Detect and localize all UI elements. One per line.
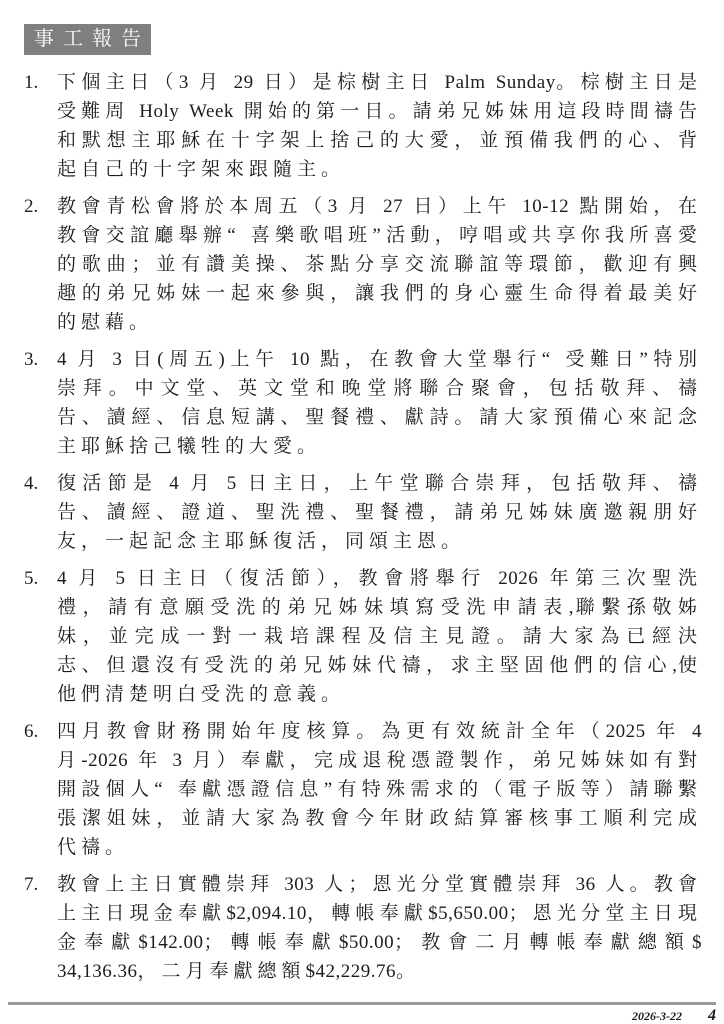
item-text: 教會上主日實體崇拜 303 人；恩光分堂實體崇拜 36 人。教會上主日現金奉獻$… — [57, 870, 702, 986]
item-text: 復活節是 4 月 5 日主日，上午堂聯合崇拜，包括敬拜、禱告、讀經、證道、聖洗禮… — [57, 469, 702, 556]
item-number: 6. — [24, 717, 57, 862]
item-number: 5. — [24, 564, 57, 709]
page-number: 4 — [708, 1007, 716, 1024]
item-text: 教會青松會將於本周五（3 月 27 日）上午 10-12 點開始，在教會交誼廳舉… — [57, 192, 702, 337]
item-number: 3. — [24, 345, 57, 461]
item-text: 下個主日（3 月 29 日）是棕樹主日 Palm Sunday。棕樹主日是受難周… — [57, 68, 702, 184]
bulletin-page: 事工報告 1. 下個主日（3 月 29 日）是棕樹主日 Palm Sunday。… — [0, 0, 724, 1024]
report-item: 7. 教會上主日實體崇拜 303 人；恩光分堂實體崇拜 36 人。教會上主日現金… — [24, 870, 702, 986]
item-number: 7. — [24, 870, 57, 986]
report-item: 3. 4 月 3 日(周五)上午 10 點，在教會大堂舉行“ 受難日”特別崇拜。… — [24, 345, 702, 461]
footer-date: 2026-3-22 — [632, 1009, 682, 1024]
report-item: 5. 4 月 5 日主日（復活節），教會將舉行 2026 年第三次聖洗禮，請有意… — [24, 564, 702, 709]
footer-divider — [8, 1002, 716, 1005]
item-number: 1. — [24, 68, 57, 184]
item-text: 4 月 5 日主日（復活節），教會將舉行 2026 年第三次聖洗禮，請有意願受洗… — [57, 564, 702, 709]
report-item: 2. 教會青松會將於本周五（3 月 27 日）上午 10-12 點開始，在教會交… — [24, 192, 702, 337]
report-item: 4. 復活節是 4 月 5 日主日，上午堂聯合崇拜，包括敬拜、禱告、讀經、證道、… — [24, 469, 702, 556]
report-item: 1. 下個主日（3 月 29 日）是棕樹主日 Palm Sunday。棕樹主日是… — [24, 68, 702, 184]
item-number: 2. — [24, 192, 57, 337]
report-list: 1. 下個主日（3 月 29 日）是棕樹主日 Palm Sunday。棕樹主日是… — [24, 68, 702, 986]
ministry-report-title: 事工報告 — [24, 24, 151, 55]
item-text: 四月教會財務開始年度核算。為更有效統計全年（2025 年 4 月-2026 年 … — [57, 717, 702, 862]
item-number: 4. — [24, 469, 57, 556]
page-content: 事工報告 1. 下個主日（3 月 29 日）是棕樹主日 Palm Sunday。… — [24, 24, 702, 994]
report-item: 6. 四月教會財務開始年度核算。為更有效統計全年（2025 年 4 月-2026… — [24, 717, 702, 862]
item-text: 4 月 3 日(周五)上午 10 點，在教會大堂舉行“ 受難日”特別崇拜。中文堂… — [57, 345, 702, 461]
footer: 2026-3-22 4 — [632, 1007, 716, 1024]
